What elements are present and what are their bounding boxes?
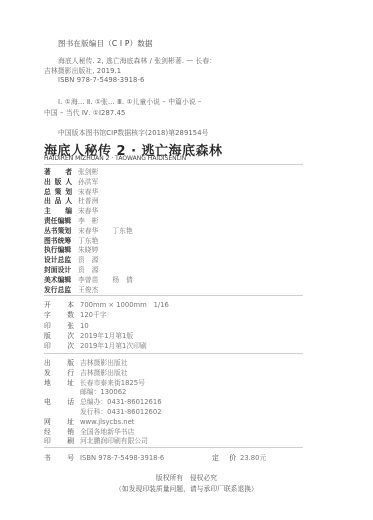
divider: [44, 353, 303, 354]
credit-row-value: 杜普洲: [78, 196, 98, 206]
publisher-row-label: 出版: [44, 358, 80, 368]
publisher-row-label: [44, 387, 80, 397]
spec-row: 开本700mm × 1000mm 1/16: [44, 300, 169, 310]
publisher-row: 电话总编办：0431-86012616: [44, 397, 162, 407]
credit-row-value-secondary: 杨 倩: [112, 275, 132, 285]
publisher-row-label: 网址: [44, 417, 80, 427]
cip-heading: 图书在版编目（C I P）数据: [58, 38, 153, 49]
spec-row-label: 版次: [44, 331, 80, 341]
credit-row-label: 主编: [44, 206, 78, 216]
publisher-row: 网址www.jlsycbs.net: [44, 417, 134, 427]
credit-row: 图书统筹丁东艳: [44, 236, 98, 246]
spec-row-label: 字数: [44, 310, 80, 320]
copyright-page: 图书在版编目（C I P）数据 海底人秘传. 2, 逃亡海底森林 / 张剑彬著.…: [0, 0, 373, 520]
publisher-row-label: 发行: [44, 368, 80, 378]
credit-row: 出品人杜普洲: [44, 196, 98, 206]
spec-row: 印张10: [44, 321, 89, 331]
credit-row-value: 孙洪军: [78, 177, 98, 187]
credit-row-value: 朱晓婷: [78, 245, 98, 255]
publisher-row-value: www.jlsycbs.net: [80, 417, 134, 427]
price: 定 价 23.80元: [212, 453, 266, 463]
spec-row-value: 2019年1月第1版: [80, 331, 133, 341]
isbn-label: 书 号: [44, 453, 80, 463]
spec-row: 字数120千字: [44, 310, 107, 320]
credit-row: 执行编辑朱晓婷: [44, 245, 98, 255]
publisher-row-value: 吉林摄影出版社: [80, 358, 128, 368]
cip-number: 中国版本图书馆CIP数据核字(2018)第289154号: [58, 127, 209, 137]
credit-row-value: 李 彬: [78, 216, 98, 226]
credit-row-label: 封面设计: [44, 265, 78, 275]
credit-row-label: 图书统筹: [44, 236, 78, 246]
publisher-row-value: 长春市泰来街1825号: [80, 378, 145, 388]
credit-row-label: 执行编辑: [44, 245, 78, 255]
publisher-row: 发行科：0431-86012602: [44, 407, 162, 417]
publisher-row: 邮编：130062: [44, 387, 126, 397]
credit-row: 发行总监王俊杰: [44, 285, 98, 295]
credit-row: 著者张剑彬: [44, 167, 98, 177]
credit-row-label: 出版人: [44, 177, 78, 187]
credit-row-value: 资 源: [78, 255, 98, 265]
credit-row-value: 李曾苗: [78, 275, 98, 285]
credit-row-value: 张剑彬: [78, 167, 98, 177]
credit-row-value: 王俊杰: [78, 285, 98, 295]
spec-row-label: 印次: [44, 341, 80, 351]
credit-row: 设计总监资 源: [44, 255, 98, 265]
cip-line: Ⅰ. ①海… Ⅱ. ①张… Ⅲ. ①儿童小说 – 中篇小说 –: [58, 96, 202, 106]
isbn-row: 书 号 ISBN 978-7-5498-3918-6 定 价 23.80元: [44, 453, 344, 463]
publisher-row-label: 电话: [44, 397, 80, 407]
credit-row-label: 出品人: [44, 196, 78, 206]
credit-row-label: 设计总监: [44, 255, 78, 265]
credit-row-value: 宋春华: [78, 226, 98, 236]
credit-row: 出版人孙洪军: [44, 177, 98, 187]
rights-reserved: 版权所有 侵权必究: [0, 472, 373, 482]
credit-row: 责任编辑李 彬: [44, 216, 98, 226]
isbn-value: ISBN 978-7-5498-3918-6: [80, 453, 164, 463]
publisher-row: 印刷河北鹏润印刷有限公司: [44, 436, 148, 446]
credit-row: 总策划宋春华: [44, 187, 98, 197]
publisher-row-value: 总编办：0431-86012616: [80, 397, 162, 407]
credit-row-label: 丛书策划: [44, 226, 78, 236]
credit-row-label: 著者: [44, 167, 78, 177]
cip-line: 吉林摄影出版社, 2019.1: [44, 65, 121, 75]
spec-row: 印次2019年1月第1次印刷: [44, 341, 147, 351]
credit-row-value: 宋春华: [78, 187, 98, 197]
cip-line: 海底人秘传. 2, 逃亡海底森林 / 张剑彬著. — 长春：: [58, 55, 216, 65]
credit-row: 主编宋春华: [44, 206, 98, 216]
spec-row-label: 开本: [44, 300, 80, 310]
cip-line: 中国 – 当代 Ⅳ. ①I287.45: [44, 107, 125, 117]
publisher-row-label: 地址: [44, 378, 80, 388]
divider: [44, 447, 303, 448]
credit-row-value: 丁东艳: [78, 236, 98, 246]
publisher-row-label: [44, 407, 80, 417]
publisher-row: 出版吉林摄影出版社: [44, 358, 128, 368]
credit-row-value: 资 源: [78, 265, 98, 275]
spec-row-value: 2019年1月第1次印刷: [80, 341, 147, 351]
credit-row-label: 发行总监: [44, 285, 78, 295]
publisher-row: 经销全国各地新华书店: [44, 427, 134, 437]
credit-row-label: 美术编辑: [44, 275, 78, 285]
credit-row: 丛书策划宋春华丁东艳: [44, 226, 133, 236]
spec-row-value: 120千字: [80, 310, 107, 320]
publisher-row-value: 全国各地新华书店: [80, 427, 134, 437]
credit-row: 封面设计资 源: [44, 265, 98, 275]
publisher-row-label: 印刷: [44, 436, 80, 446]
credit-row-value-secondary: 丁东艳: [112, 226, 132, 236]
credit-row-value: 宋春华: [78, 206, 98, 216]
cip-line: ISBN 978-7-5498-3918-6: [58, 76, 144, 84]
credit-row-label: 责任编辑: [44, 216, 78, 226]
divider: [44, 295, 303, 296]
credit-row: 美术编辑李曾苗杨 倩: [44, 275, 133, 285]
publisher-row: 地址长春市泰来街1825号: [44, 378, 145, 388]
price-label: 定 价: [212, 453, 240, 463]
price-value: 23.80元: [240, 453, 266, 463]
spec-row-value: 10: [80, 321, 89, 331]
quality-notice: （如发现印装质量问题，请与承印厂联系退换）: [0, 483, 373, 493]
book-title-pinyin: HAIDIREN MIZHUAN 2 · TAOWANG HAIDISENLIN: [44, 155, 186, 162]
publisher-row-label: 经销: [44, 427, 80, 437]
spec-row-value: 700mm × 1000mm 1/16: [80, 300, 169, 310]
publisher-row-value: 邮编：130062: [80, 387, 126, 397]
credit-row-label: 总策划: [44, 187, 78, 197]
spec-row-label: 印张: [44, 321, 80, 331]
publisher-row-value: 发行科：0431-86012602: [80, 407, 162, 417]
spec-row: 版次2019年1月第1版: [44, 331, 133, 341]
publisher-row-value: 河北鹏润印刷有限公司: [80, 436, 148, 446]
publisher-row-value: 吉林摄影出版社: [80, 368, 128, 378]
publisher-row: 发行吉林摄影出版社: [44, 368, 128, 378]
divider: [44, 164, 303, 165]
